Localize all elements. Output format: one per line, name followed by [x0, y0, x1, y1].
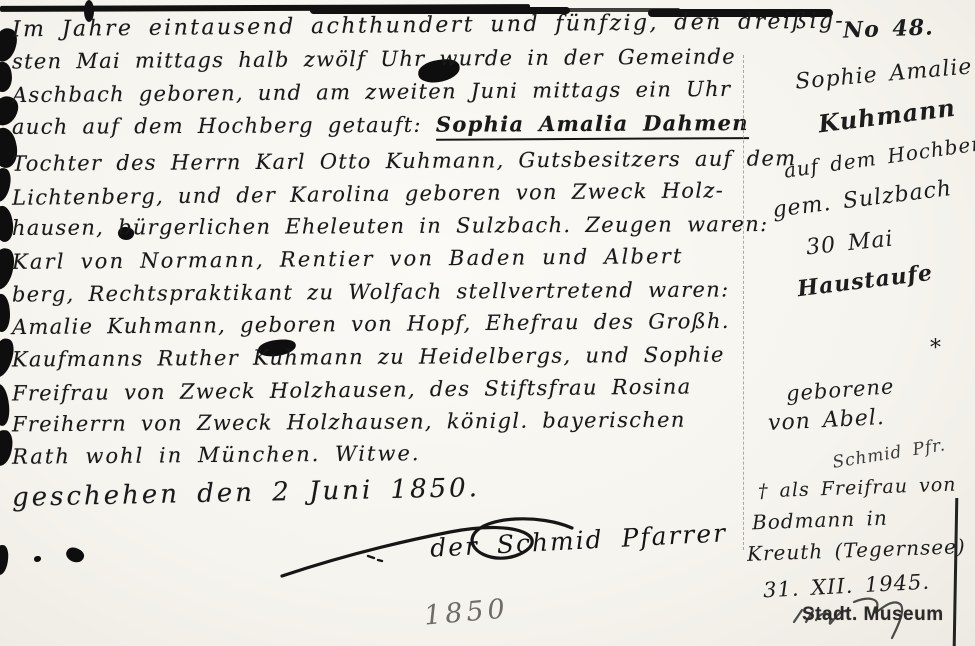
margin-divider-line	[743, 55, 744, 550]
margin-note: 30 Mai	[805, 226, 895, 260]
entry-line: berg, Rechtspraktikant zu Wolfach stellv…	[12, 277, 730, 306]
margin-note: Haustaufe	[796, 260, 934, 302]
margin-note: Kuhmann	[817, 93, 958, 139]
margin-note: gem. Sulzbach	[771, 176, 953, 223]
ink-blot	[34, 556, 41, 562]
entry-line: Aschbach geboren, und am zweiten Juni mi…	[12, 77, 731, 107]
entry-line: hausen, bürgerlichen Eheleuten in Sulzba…	[12, 212, 769, 240]
pencil-year-note: 1850	[423, 593, 510, 631]
ink-blot	[0, 167, 12, 203]
entry-line: Freiherrn von Zweck Holzhausen, königl. …	[12, 408, 686, 437]
entry-line: Lichtenberg, und der Karolina geboren vo…	[12, 178, 724, 209]
ink-blot	[0, 293, 12, 333]
margin-note: auf dem Hochberg	[782, 129, 975, 182]
entry-line: Freifrau von Zweck Holzhausen, des Stift…	[12, 374, 692, 405]
entry-line: auch auf dem Hochberg getauft: Sophia Am…	[12, 110, 749, 139]
entry-line: Rath wohl in München. Witwe.	[12, 441, 421, 469]
entry-line: Karl von Normann, Rentier von Baden und …	[12, 244, 684, 274]
entry-line: Kaufmanns Ruther Kuhmann zu Heidelbergs,…	[12, 343, 725, 372]
margin-note-death: † als Freifrau von	[758, 474, 957, 503]
margin-note: Schmid Pfr.	[831, 435, 947, 473]
margin-note: von Abel.	[767, 405, 885, 436]
record-number: No 48.	[843, 14, 935, 43]
margin-note-death: Bodmann in	[752, 506, 889, 535]
margin-note-death: Kreuth (Tegernsee)	[747, 534, 966, 566]
ink-blot	[64, 544, 87, 565]
child-name-underlined: Sophia Amalia Dahmen	[436, 110, 749, 141]
entry-date-line: geschehen den 2 Juni 1850.	[12, 473, 481, 513]
museum-caption: Stadt. Museum	[802, 604, 944, 626]
entry-line: Amalie Kuhmann, geboren von Hopf, Ehefra…	[12, 309, 730, 339]
entry-line: sten Mai mittags halb zwölf Uhr wurde in…	[12, 44, 736, 73]
ink-blot	[0, 383, 13, 427]
entry-line-text: auch auf dem Hochberg getauft:	[12, 113, 422, 139]
entry-line: Im Jahre eintausend achthundert und fünf…	[12, 9, 845, 43]
asterisk-mark: *	[930, 336, 942, 361]
ink-blot	[0, 545, 9, 576]
margin-note: Sophie Amalie	[794, 54, 973, 94]
entry-line: Tochter des Herrn Karl Otto Kuhmann, Gut…	[12, 146, 797, 175]
margin-note: geborene	[785, 374, 895, 406]
document-scan: Im Jahre eintausend achthundert und fünf…	[0, 0, 975, 646]
